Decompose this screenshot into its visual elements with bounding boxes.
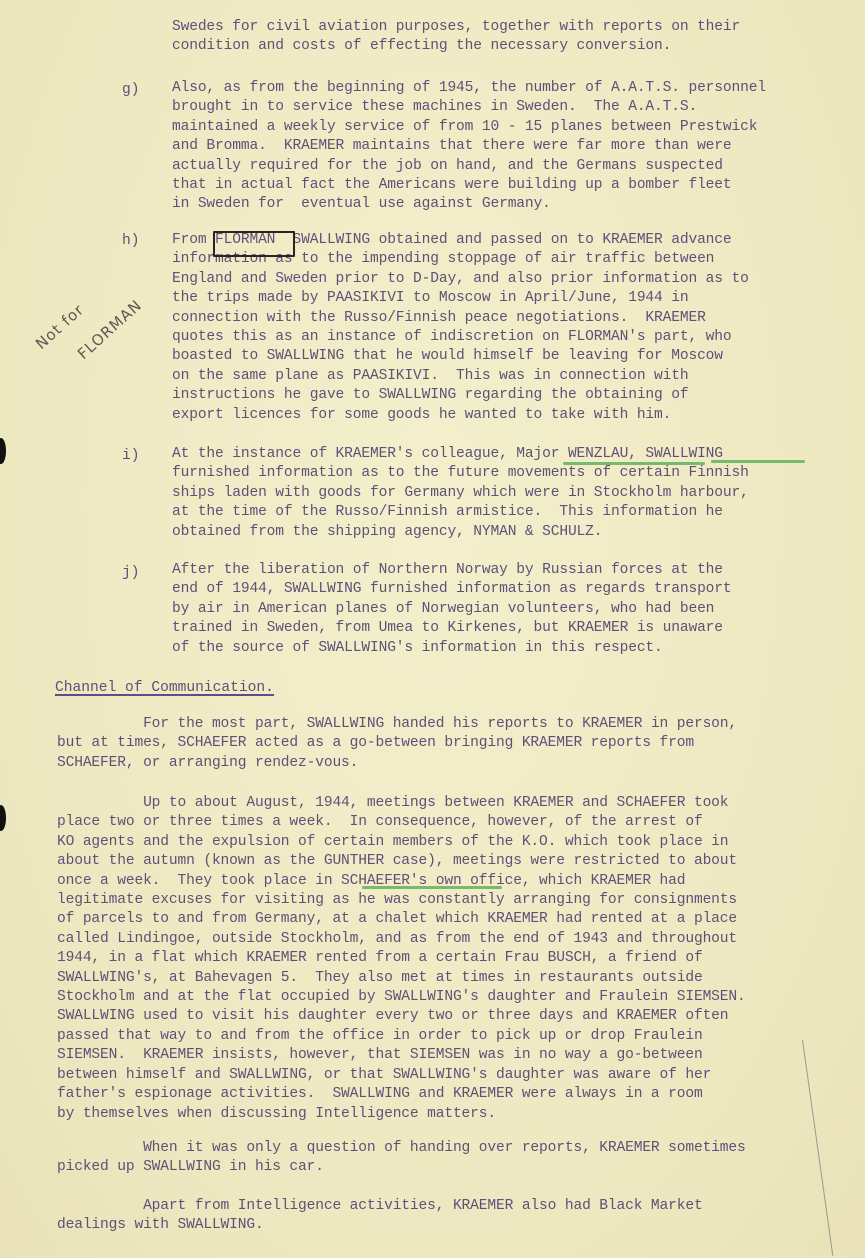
section-paragraph-1: For the most part, SWALLWING handed his … [57, 715, 737, 773]
text-line: by air in American planes of Norwegian v… [172, 600, 732, 619]
section-paragraph-3: When it was only a question of handing o… [57, 1139, 746, 1178]
text-line: passed that way to and from the office i… [57, 1027, 746, 1046]
item-i-text: At the instance of KRAEMER's colleague, … [172, 445, 749, 542]
text-line: condition and costs of effecting the nec… [172, 37, 740, 56]
paragraph-f-continuation: Swedes for civil aviation purposes, toge… [172, 18, 740, 57]
text-line: maintained a weekly service of from 10 -… [172, 118, 766, 137]
handwritten-note: FLORMAN [74, 296, 146, 363]
text-line: place two or three times a week. In cons… [57, 813, 746, 832]
text-line: end of 1944, SWALLWING furnished informa… [172, 580, 732, 599]
text-line: KO agents and the expulsion of certain m… [57, 833, 746, 852]
punch-hole [0, 438, 6, 464]
text-line: the trips made by PAASIKIVI to Moscow in… [172, 289, 749, 308]
text-line: Also, as from the beginning of 1945, the… [172, 79, 766, 98]
text-line: connection with the Russo/Finnish peace … [172, 309, 749, 328]
text-line: picked up SWALLWING in his car. [57, 1158, 746, 1177]
text-line: Apart from Intelligence activities, KRAE… [57, 1197, 703, 1216]
text-line: dealings with SWALLWING. [57, 1216, 703, 1235]
text-line: in Sweden for eventual use against Germa… [172, 195, 766, 214]
text-line: that in actual fact the Americans were b… [172, 176, 766, 195]
item-label-g: g) [122, 81, 140, 100]
highlight-swallwing [711, 460, 805, 463]
text-line: at the time of the Russo/Finnish armisti… [172, 503, 749, 522]
section-paragraph-2: Up to about August, 1944, meetings betwe… [57, 794, 746, 1124]
text-line: furnished information as to the future m… [172, 464, 749, 483]
text-line: For the most part, SWALLWING handed his … [57, 715, 737, 734]
text-line: of the source of SWALLWING's information… [172, 639, 732, 658]
text-line: Up to about August, 1944, meetings betwe… [57, 794, 746, 813]
item-j-text: After the liberation of Northern Norway … [172, 561, 732, 658]
text-line: brought in to service these machines in … [172, 98, 766, 117]
document-page: Swedes for civil aviation purposes, toge… [0, 0, 865, 1258]
text-line: legitimate excuses for visiting as he wa… [57, 891, 746, 910]
highlight-major-wenzlau [563, 462, 705, 465]
text-line: on the same plane as PAASIKIVI. This was… [172, 367, 749, 386]
item-g-text: Also, as from the beginning of 1945, the… [172, 79, 766, 215]
section-paragraph-4: Apart from Intelligence activities, KRAE… [57, 1197, 703, 1236]
text-line: actually required for the job on hand, a… [172, 157, 766, 176]
text-line: Swedes for civil aviation purposes, toge… [172, 18, 740, 37]
text-line: export licences for some goods he wanted… [172, 406, 749, 425]
text-line: SWALLWING used to visit his daughter eve… [57, 1007, 746, 1026]
section-heading: Channel of Communication. [55, 679, 274, 698]
item-label-i: i) [122, 447, 140, 466]
crease-line [802, 1040, 833, 1256]
item-label-h: h) [122, 232, 140, 251]
text-line: SWALLWING's, at Bahevagen 5. They also m… [57, 969, 746, 988]
text-line: After the liberation of Northern Norway … [172, 561, 732, 580]
text-line: England and Sweden prior to D-Day, and a… [172, 270, 749, 289]
text-line: boasted to SWALLWING that he would himse… [172, 347, 749, 366]
text-line: SIEMSEN. KRAEMER insists, however, that … [57, 1046, 746, 1065]
text-line: 1944, in a flat which KRAEMER rented fro… [57, 949, 746, 968]
text-line: but at times, SCHAEFER acted as a go-bet… [57, 734, 737, 753]
highlight-in-schaefers [362, 886, 502, 889]
text-line: SCHAEFER, or arranging rendez-vous. [57, 754, 737, 773]
text-line: Stockholm and at the flat occupied by SW… [57, 988, 746, 1007]
text-line: instructions he gave to SWALLWING regard… [172, 386, 749, 405]
item-h-text: From FLORMAN SWALLWING obtained and pass… [172, 231, 749, 425]
text-line: quotes this as an instance of indiscreti… [172, 328, 749, 347]
text-line: ships laden with goods for Germany which… [172, 484, 749, 503]
florman-bracket [213, 231, 295, 257]
text-line: between himself and SWALLWING, or that S… [57, 1066, 746, 1085]
item-label-j: j) [122, 564, 140, 583]
text-line: about the autumn (known as the GUNTHER c… [57, 852, 746, 871]
text-line: by themselves when discussing Intelligen… [57, 1105, 746, 1124]
punch-hole [0, 805, 6, 831]
text-line: of parcels to and from Germany, at a cha… [57, 910, 746, 929]
handwritten-note-line: FLORMAN [74, 296, 146, 363]
text-line: and Bromma. KRAEMER maintains that there… [172, 137, 766, 156]
text-line: trained in Sweden, from Umea to Kirkenes… [172, 619, 732, 638]
text-line: When it was only a question of handing o… [57, 1139, 746, 1158]
text-line: obtained from the shipping agency, NYMAN… [172, 523, 749, 542]
text-line: called Lindingoe, outside Stockholm, and… [57, 930, 746, 949]
text-line: father's espionage activities. SWALLWING… [57, 1085, 746, 1104]
